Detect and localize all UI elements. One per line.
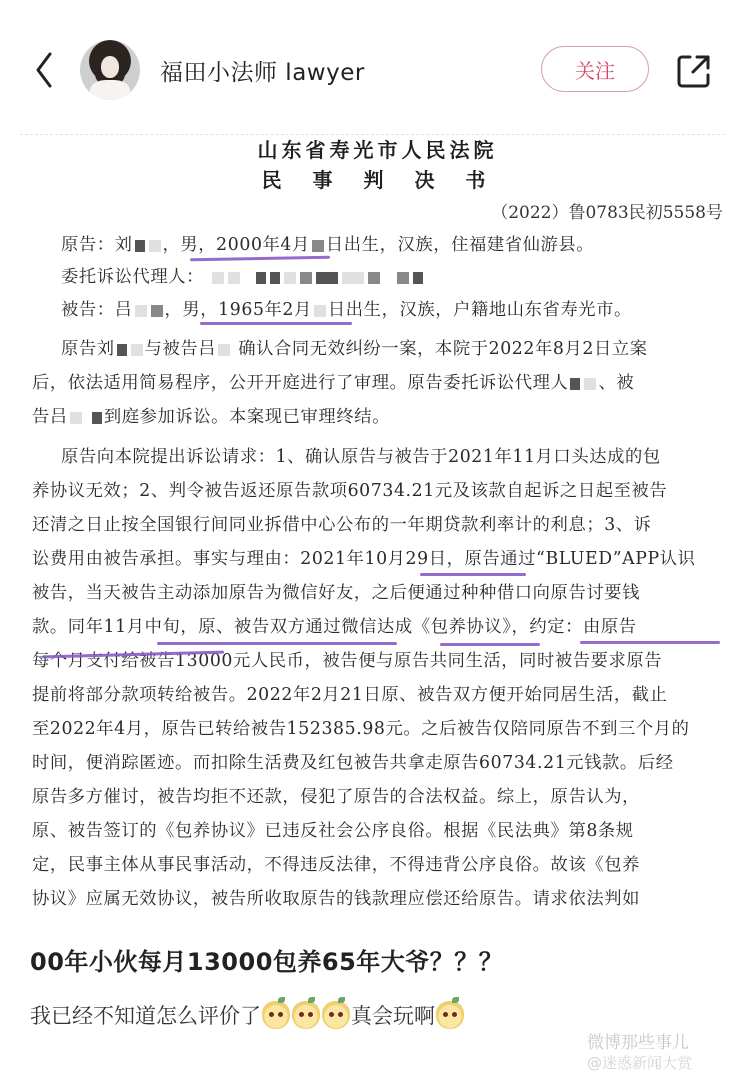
watermark: 微博那些事儿 @迷惑新闻大赏 (587, 1033, 692, 1073)
highlight-underline (157, 642, 397, 645)
doc-line: 养协议无效；2、判令被告返还原告款项60734.21元及该款自起诉之日起至被告 (32, 476, 667, 501)
highlight-underline (440, 643, 540, 646)
doc-line: 后，依法适用简易程序，公开开庭进行了审理。原告委托诉讼代理人、被 (32, 368, 634, 393)
doc-line: 讼费用由被告承担。事实与理由：2021年10月29日，原告通过“BLUED”AP… (32, 544, 695, 569)
doge-emoji-icon (322, 1001, 350, 1029)
doc-line: 款。同年11月中旬，原、被告双方通过微信达成《包养协议》，约定：由原告 (32, 612, 637, 637)
post-body: 我已经不知道怎么评价了 真会玩啊 (30, 1000, 465, 1030)
doc-line: 提前将部分款项转给被告。2022年2月21日原、被告双方便开始同居生活，截止 (32, 680, 667, 705)
doc-line: 告吕 到庭参加诉讼。本案现已审理终结。 (32, 402, 390, 427)
judgment-document-image[interactable]: 山东省寿光市人民法院 民 事 判 决 书 （2022）鲁0783民初5558号 … (0, 112, 745, 912)
doge-emoji-icon (436, 1001, 464, 1029)
defendant-line: 被告：吕，男，1965年2月日出生，汉族，户籍地山东省寿光市。 (61, 295, 632, 320)
share-external-icon[interactable] (676, 53, 712, 89)
doc-line: 协议》应属无效协议，被告所收取原告的钱款理应偿还给原告。请求依法判如 (32, 884, 640, 909)
doc-line: 还清之日止按全国银行间同业拆借中心公布的一年期贷款利率计的利息；3、诉 (32, 510, 652, 535)
doge-emoji-icon (292, 1001, 320, 1029)
agent-line: 委托诉讼代理人： (61, 262, 425, 287)
highlight-underline (200, 322, 352, 325)
doc-line: 原告多方催讨，被告均拒不还款，侵犯了原告的合法权益。综上，原告认为， (32, 782, 640, 807)
doc-line: 原、被告签订的《包养协议》已违反社会公序良俗。根据《民法典》第8条规 (32, 816, 634, 841)
doc-line: 定，民事主体从事民事活动，不得违反法律，不得违背公序良俗。故该《包养 (32, 850, 640, 875)
avatar[interactable] (80, 40, 140, 100)
court-name: 山东省寿光市人民法院 (0, 134, 745, 163)
doc-line: 每个月支付给被告13000元人民币，被告便与原告共同生活，同时被告要求原告 (32, 646, 662, 671)
highlight-underline (580, 641, 720, 644)
case-number: （2022）鲁0783民初5558号 (491, 198, 723, 223)
doc-line: 被告，当天被告主动添加原告为微信好友，之后便通过种种借口向原告讨要钱 (32, 578, 640, 603)
profile-header: 福田小法师 lawyer 关注 (0, 0, 745, 112)
doc-line: 原告刘与被告吕 确认合同无效纠纷一案，本院于2022年8月2日立案 (61, 334, 648, 359)
plaintiff-line: 原告：刘，男，2000年4月日出生，汉族，住福建省仙游县。 (61, 230, 594, 255)
doc-line: 时间，便消踪匿迹。而扣除生活费及红包被告共拿走原告60734.21元钱款。后经 (32, 748, 674, 773)
document-type: 民 事 判 决 书 (0, 164, 745, 193)
doc-line: 至2022年4月，原告已转给被告152385.98元。之后被告仅陪同原告不到三个… (32, 714, 690, 739)
follow-button[interactable]: 关注 (541, 46, 649, 92)
doge-emoji-icon (262, 1001, 290, 1029)
highlight-underline (420, 573, 526, 576)
post-title: 00年小伙每月13000包养65年大爷？？？ (30, 942, 503, 977)
username[interactable]: 福田小法师 lawyer (160, 54, 365, 87)
chevron-left-icon[interactable] (30, 48, 58, 92)
highlight-underline (190, 256, 330, 261)
doc-line: 原告向本院提出诉讼请求：1、确认原告与被告于2021年11月口头达成的包 (61, 442, 661, 467)
